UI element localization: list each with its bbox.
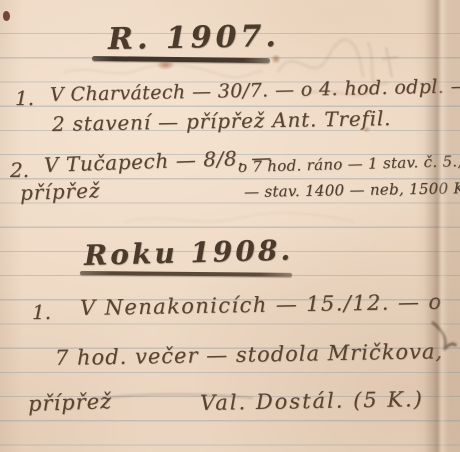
ink-spot [3, 11, 10, 21]
entry-line: přípřež [20, 178, 101, 205]
pen-flourish [95, 388, 255, 407]
page-crease [424, 0, 448, 452]
year-heading-1907: R. 1907. [108, 19, 280, 57]
year-heading-1908: Roku 1908. [84, 234, 294, 272]
entry-number: 1. [32, 300, 51, 324]
notebook-page: R. 1907. 1. V Charvátech — 30/7. — o 4. … [0, 0, 460, 452]
entry-number: 2. [10, 158, 29, 182]
entry-number: 1. [15, 86, 34, 110]
ink-bleed-ghost [268, 22, 418, 116]
ink-bleed-ghost [120, 208, 360, 236]
